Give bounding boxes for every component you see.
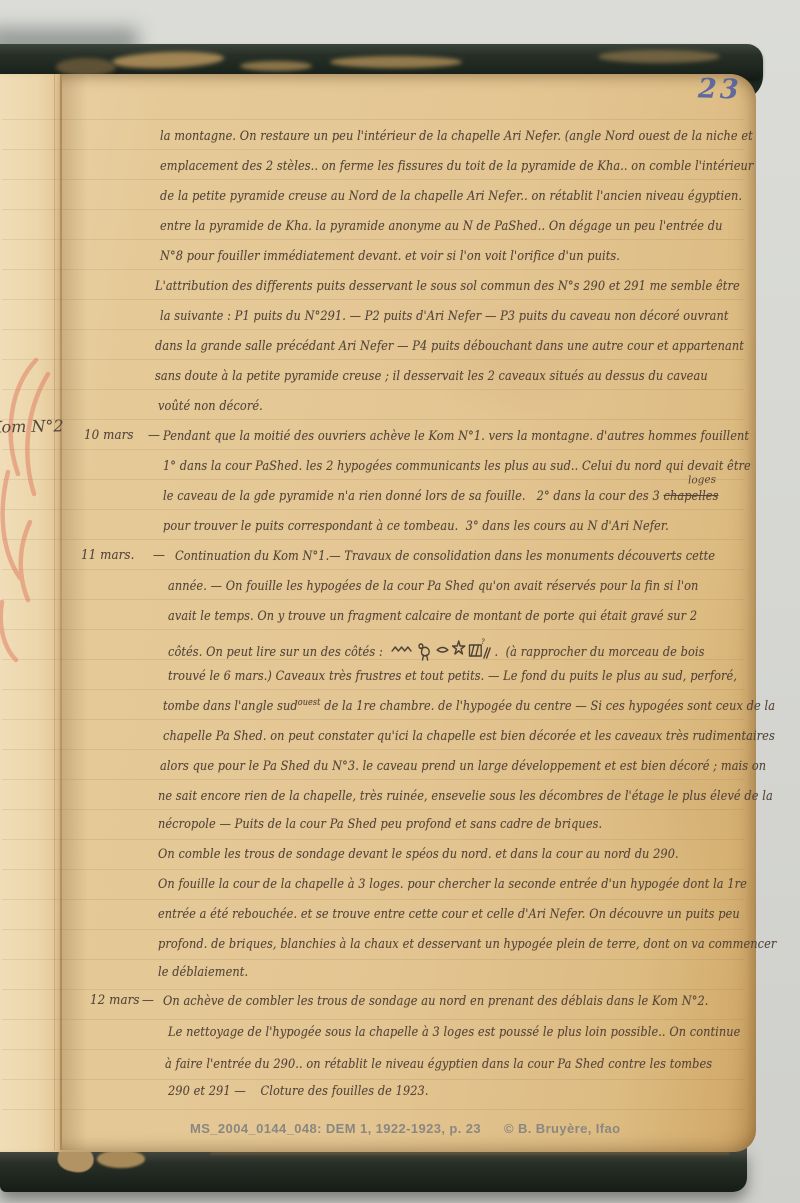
date-dash: — [142, 993, 154, 1008]
manuscript-line: voûté non décoré. [158, 398, 263, 413]
manuscript-line: 1° dans la cour PaShed. les 2 hypogées c… [163, 458, 751, 473]
struck-word: chapelles [664, 488, 719, 503]
manuscript-line: emplacement des 2 stèles.. on ferme les … [160, 158, 753, 173]
interline-correction: loges [688, 474, 716, 487]
manuscript-line: Continuation du Kom N°1.— Travaux de con… [175, 548, 715, 563]
manuscript-line: On fouille la cour de la chapelle à 3 lo… [158, 876, 747, 891]
manuscript-line: N°8 pour fouiller immédiatement devant. … [160, 248, 620, 263]
page-number: 23 [698, 73, 742, 105]
manuscript-line: On achève de combler les trous de sondag… [163, 993, 708, 1008]
margin-note-kom: Kom N°2 [0, 416, 64, 436]
manuscript-line: le déblaiement. [158, 964, 248, 979]
manuscript-line: chapelle Pa Shed. on peut constater qu'i… [163, 728, 775, 743]
manuscript-line: L'attribution des differents puits desse… [155, 278, 740, 293]
manuscript-line: Le nettoyage de l'hypogée sous la chapel… [168, 1024, 740, 1039]
manuscript-line: le caveau de la gde pyramide n'a rien do… [163, 488, 718, 503]
manuscript-line: alors que pour le Pa Shed du N°3. le cav… [160, 758, 766, 773]
manuscript-line: On comble les trous de sondage devant le… [158, 846, 679, 861]
copyright-credit: © B. Bruyère, Ifao [504, 1121, 620, 1136]
margin-date-10-mars: 10 mars [84, 428, 134, 443]
manuscript-line: pour trouver le puits correspondant à ce… [163, 518, 669, 533]
manuscript-line: tombe dans l'angle sudouest de la 1re ch… [163, 698, 775, 713]
archive-reference-caption: MS_2004_0144_048: DEM 1, 1922-1923, p. 2… [190, 1121, 481, 1136]
manuscript-line: la montagne. On restaure un peu l'intéri… [160, 128, 753, 143]
manuscript-line: nécropole — Puits de la cour Pa Shed peu… [158, 816, 602, 831]
manuscript-line: la suivante : P1 puits du N°291. — P2 pu… [160, 308, 729, 323]
manuscript-line: année. — On fouille les hypogées de la c… [168, 578, 698, 593]
manuscript-text-layer: 23 Kom N°2 la montagne. On restaure un p… [0, 0, 800, 1203]
hieroglyph-inscription: ? [390, 638, 491, 662]
date-dash: — [148, 428, 160, 443]
manuscript-line: sans doute à la petite pyramide creuse ;… [155, 368, 708, 383]
scanned-notebook-photo: 23 Kom N°2 la montagne. On restaure un p… [0, 0, 800, 1203]
manuscript-line: de la petite pyramide creuse au Nord de … [160, 188, 742, 203]
svg-text:?: ? [481, 638, 485, 646]
manuscript-line: Pendant que la moitié des ouvriers achèv… [163, 428, 749, 443]
manuscript-line: profond. de briques, blanchies à la chau… [158, 936, 776, 951]
manuscript-line: trouvé le 6 mars.) Caveaux très frustres… [168, 668, 737, 683]
manuscript-line: dans la grande salle précédant Ari Nefer… [155, 338, 744, 353]
date-dash: — [153, 548, 165, 563]
margin-date-12-mars: 12 mars [90, 993, 140, 1008]
interline-correction: ouest [298, 698, 321, 708]
margin-date-11-mars: 11 mars. [81, 548, 134, 563]
manuscript-line: 290 et 291 — Cloture des fouilles de 192… [168, 1083, 429, 1098]
manuscript-line: côtés. On peut lire sur un des côtés : ?… [168, 638, 705, 662]
manuscript-line: entre la pyramide de Kha. la pyramide an… [160, 218, 723, 233]
manuscript-line: avait le temps. On y trouve un fragment … [168, 608, 697, 623]
manuscript-line: entrée a été rebouchée. et se trouve ent… [158, 906, 740, 921]
manuscript-line: ne sait encore rien de la chapelle, très… [158, 788, 773, 803]
manuscript-line: à faire l'entrée du 290.. on rétablit le… [165, 1056, 712, 1071]
